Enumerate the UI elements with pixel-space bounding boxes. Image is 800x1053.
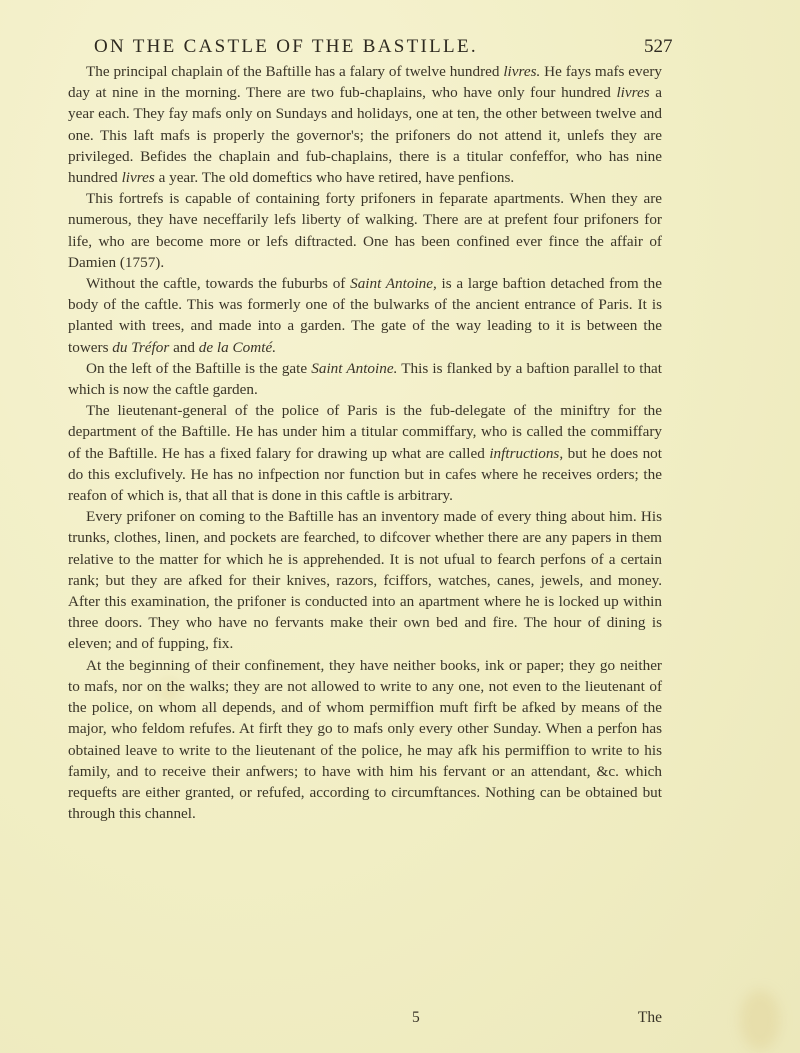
- signature-mark: 5: [412, 1009, 420, 1027]
- text-run: a year. The old domeftics who have retir…: [155, 169, 514, 186]
- italic-text: Saint Antoine: [350, 275, 433, 292]
- page-footer: 5 The: [68, 1009, 662, 1033]
- italic-text: livres.: [503, 63, 540, 80]
- italic-text: livres: [122, 169, 155, 186]
- paragraph: Without the caftle, towards the fuburbs …: [68, 273, 662, 358]
- paragraph: On the left of the Baftille is the gate …: [68, 358, 662, 400]
- text-run: At the beginning of their confinement, t…: [68, 657, 662, 822]
- text-run: Without the caftle, towards the fuburbs …: [86, 275, 350, 292]
- italic-text: du Tréfor: [112, 339, 169, 356]
- italic-text: inftructions: [489, 445, 559, 462]
- italic-text: de la Comté.: [199, 339, 276, 356]
- paragraph: At the beginning of their confinement, t…: [68, 655, 662, 825]
- paragraph: This fortrefs is capable of containing f…: [68, 188, 662, 273]
- running-head: ON THE CASTLE OF THE BASTILLE. 527: [0, 36, 662, 60]
- page-number: 527: [644, 36, 673, 58]
- paper-stain: [740, 990, 780, 1050]
- catchword: The: [638, 1009, 662, 1027]
- text-run: Every prifoner on coming to the Baftille…: [68, 508, 662, 652]
- italic-text: livres: [616, 84, 649, 101]
- paragraph: Every prifoner on coming to the Baftille…: [68, 506, 662, 654]
- body-text: The principal chaplain of the Baftille h…: [68, 61, 662, 824]
- paragraph: The principal chaplain of the Baftille h…: [68, 61, 662, 188]
- italic-text: Saint Antoine.: [311, 360, 397, 377]
- text-run: and: [169, 339, 199, 356]
- text-run: This fortrefs is capable of containing f…: [68, 190, 662, 271]
- text-run: On the left of the Baftille is the gate: [86, 360, 311, 377]
- paragraph: The lieutenant-general of the police of …: [68, 400, 662, 506]
- text-run: The principal chaplain of the Baftille h…: [86, 63, 503, 80]
- running-title: ON THE CASTLE OF THE BASTILLE.: [94, 36, 478, 58]
